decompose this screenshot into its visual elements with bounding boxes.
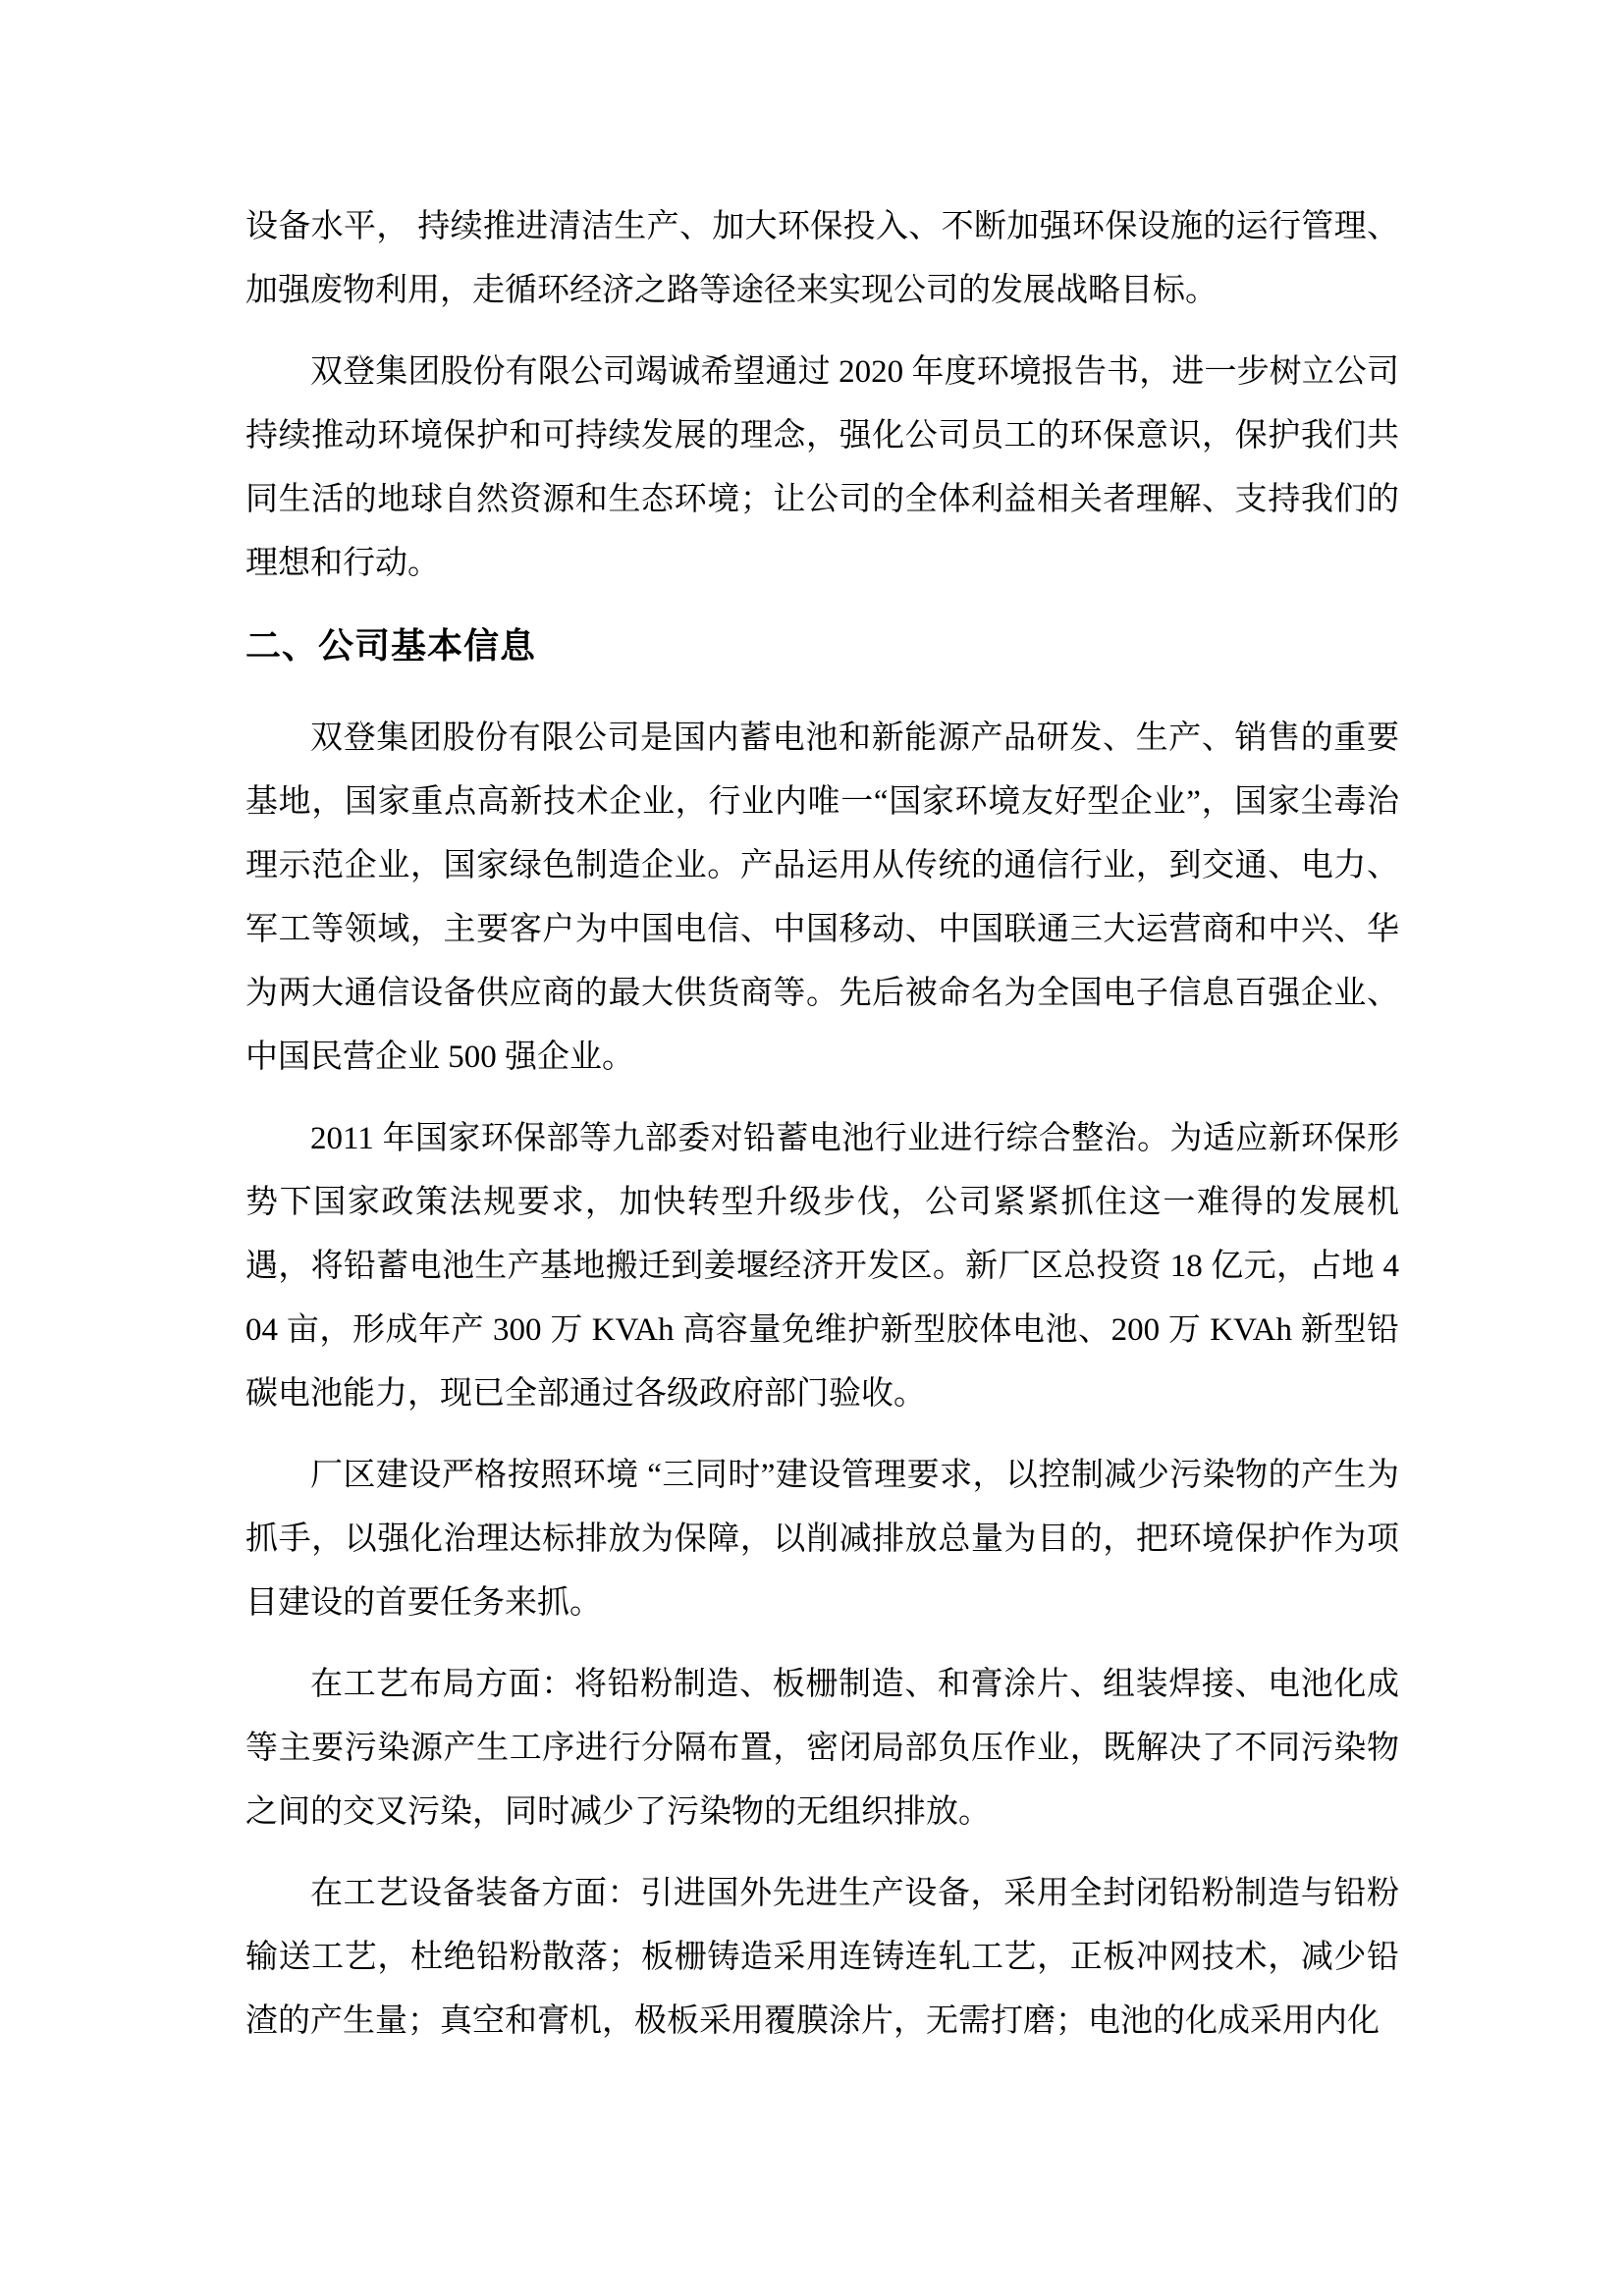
paragraph: 双登集团股份有限公司竭诚希望通过 2020 年度环境报告书，进一步树立公司持续推… [245, 341, 1399, 596]
paragraph: 在工艺布局方面：将铅粉制造、板栅制造、和膏涂片、组装焊接、电池化成等主要污染源产… [245, 1653, 1399, 1844]
paragraph: 厂区建设严格按照环境 “三同时”建设管理要求，以控制减少污染物的产生为抓手，以强… [245, 1444, 1399, 1635]
section-heading: 二、公司基本信息 [245, 614, 1399, 677]
paragraph: 2011 年国家环保部等九部委对铅蓄电池行业进行综合整治。为适应新环保形势下国家… [245, 1107, 1399, 1426]
paragraph: 双登集团股份有限公司是国内蓄电池和新能源产品研发、生产、销售的重要基地，国家重点… [245, 707, 1399, 1090]
document-page: 设备水平， 持续推进清洁生产、加大环保投入、不断加强环保设施的运行管理、加强废物… [0, 0, 1624, 2296]
document-body: 设备水平， 持续推进清洁生产、加大环保投入、不断加强环保设施的运行管理、加强废物… [245, 195, 1399, 2071]
paragraph: 设备水平， 持续推进清洁生产、加大环保投入、不断加强环保设施的运行管理、加强废物… [245, 195, 1399, 323]
paragraph: 在工艺设备装备方面：引进国外先进生产设备，采用全封闭铅粉制造与铅粉输送工艺，杜绝… [245, 1862, 1399, 2054]
